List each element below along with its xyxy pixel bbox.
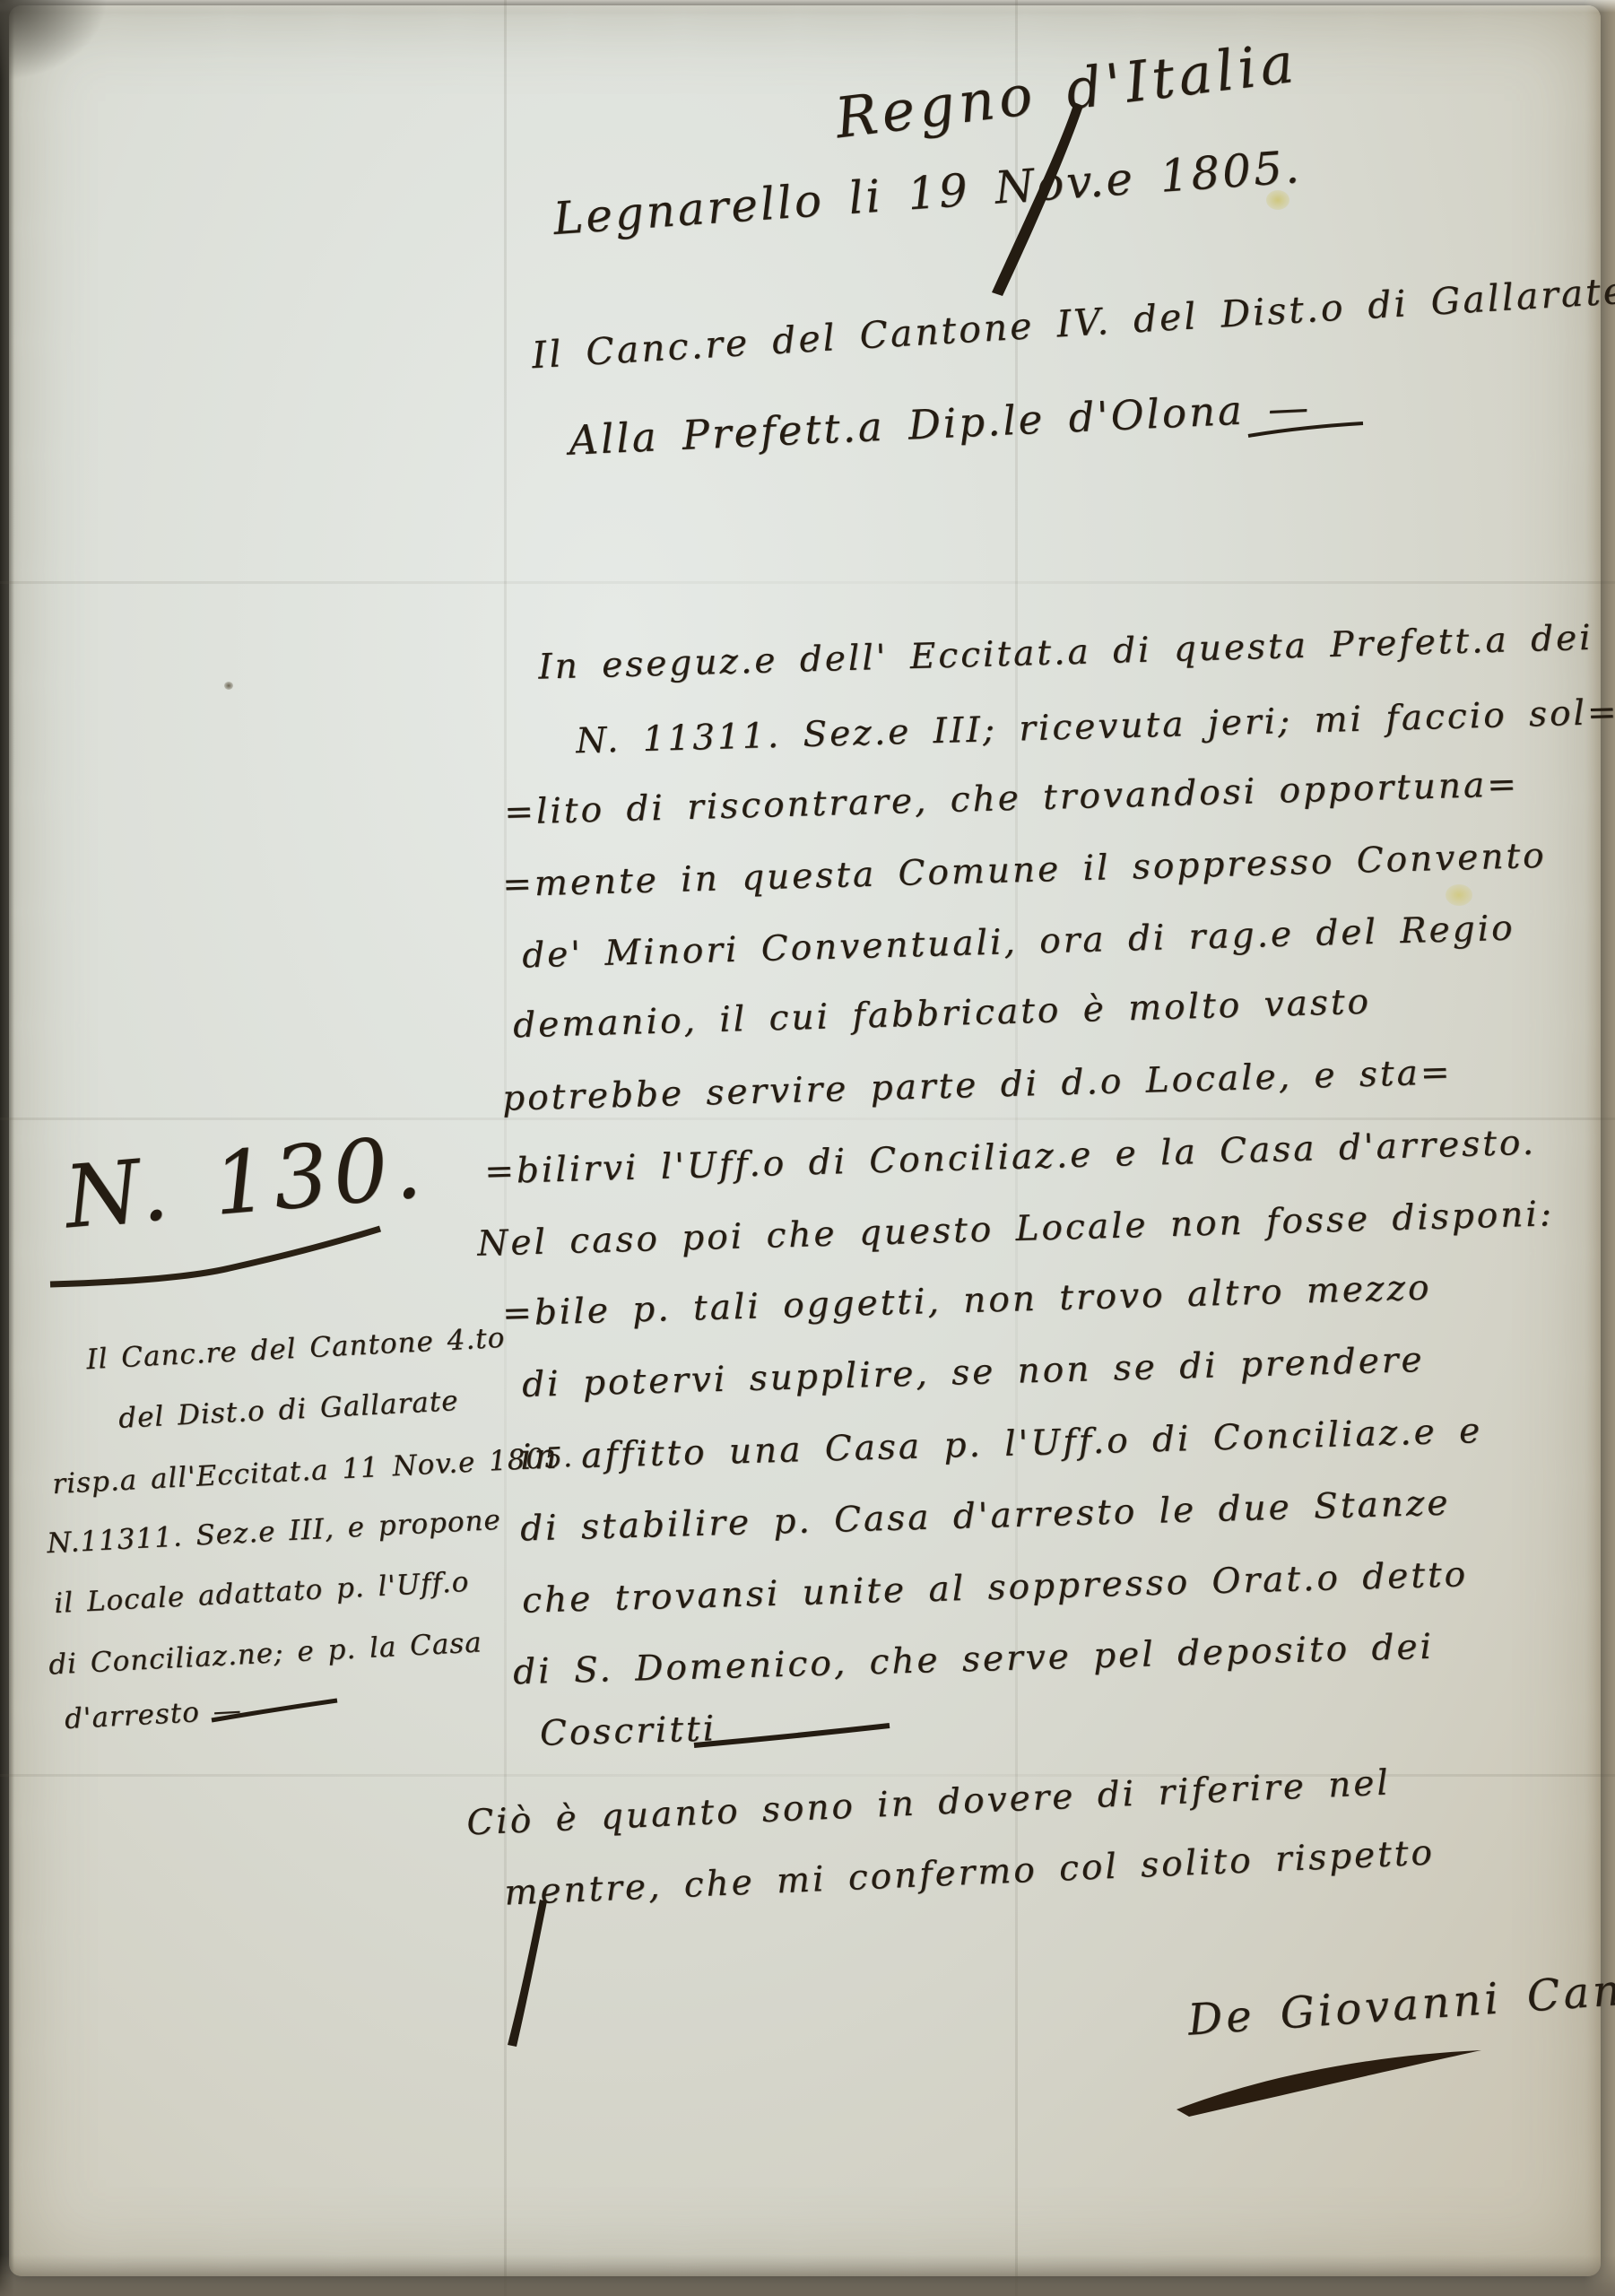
paper-stain — [1446, 884, 1472, 906]
paper-top-torn-edge — [0, 0, 1615, 13]
paper-right-edge — [1585, 0, 1615, 2296]
paper-corner-shadow — [0, 0, 108, 81]
vertical-crease — [504, 0, 507, 2296]
horizontal-crease — [0, 1118, 1615, 1120]
paper-bottom-shadow — [0, 2255, 1615, 2296]
body-line: Coscritti — [539, 1709, 716, 1753]
scanned-letter-page: Regno d'Italia Legnarello li 19 Nov.e 18… — [0, 0, 1615, 2296]
paper-left-shadow-edge — [0, 0, 14, 2296]
paper-speck — [224, 682, 233, 690]
horizontal-crease — [0, 581, 1615, 584]
